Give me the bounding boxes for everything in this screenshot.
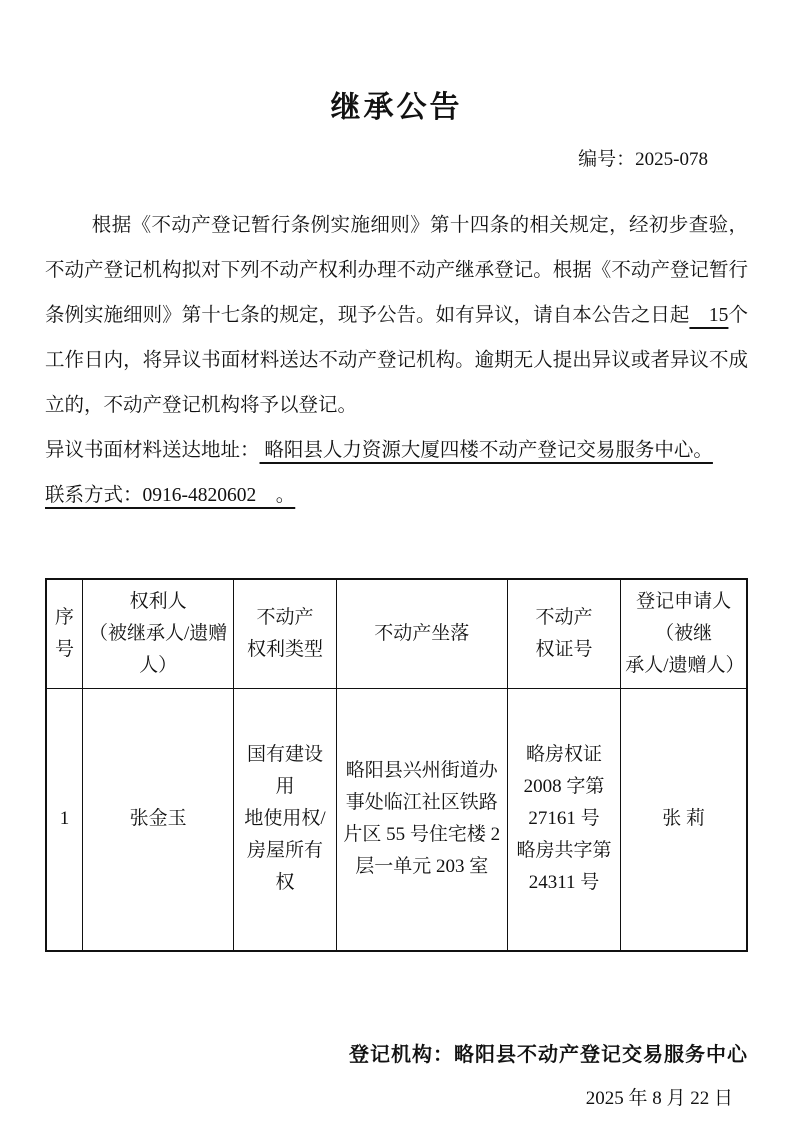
cell-location: 略阳县兴州街道办 事处临江社区铁路 片区 55 号住宅楼 2 层一单元 203 …	[336, 689, 507, 951]
doc-number: 编号：2025-078	[45, 144, 748, 171]
cell-right-holder: 张金玉	[82, 689, 233, 951]
announcement-date: 2025 年 8 月 22 日	[45, 1083, 748, 1110]
cell-cert-no: 略房权证 2008 字第 27161 号 略房共字第 24311 号	[507, 689, 621, 951]
registration-authority: 登记机构：略阳县不动产登记交易服务中心	[45, 1038, 748, 1067]
cell-applicant: 张 莉	[621, 689, 747, 951]
table-header-row: 序 号 权利人 （被继承人/遗赠 人） 不动产 权利类型 不动产坐落 不动产 权…	[46, 579, 747, 689]
cell-seq: 1	[46, 689, 82, 951]
address-value: 略阳县人力资源大厦四楼不动产登记交易服务中心。	[260, 440, 713, 461]
header-location: 不动产坐落	[336, 579, 507, 689]
address-label: 异议书面材料送达地址：	[45, 440, 260, 461]
cell-right-type: 国有建设用 地使用权/ 房屋所有权	[234, 689, 336, 951]
contact-value: 联系方式：0916-4820602 。	[45, 485, 295, 506]
body-paragraph: 根据《不动产登记暂行条例实施细则》第十四条的相关规定，经初步查验，不动产登记机构…	[45, 203, 748, 428]
objection-days-value: 15	[689, 305, 728, 326]
table-row: 1 张金玉 国有建设用 地使用权/ 房屋所有权 略阳县兴州街道办 事处临江社区铁…	[46, 689, 747, 951]
contact-line: 联系方式：0916-4820602 。	[45, 473, 748, 518]
address-line: 异议书面材料送达地址： 略阳县人力资源大厦四楼不动产登记交易服务中心。	[45, 428, 748, 473]
footer: 登记机构：略阳县不动产登记交易服务中心 2025 年 8 月 22 日	[45, 1038, 748, 1110]
header-right-holder: 权利人 （被继承人/遗赠 人）	[82, 579, 233, 689]
header-seq: 序 号	[46, 579, 82, 689]
announcement-page: 继承公告 编号：2025-078 根据《不动产登记暂行条例实施细则》第十四条的相…	[0, 0, 793, 1122]
header-right-type: 不动产 权利类型	[234, 579, 336, 689]
page-title: 继承公告	[45, 82, 748, 126]
body-text-part1: 根据《不动产登记暂行条例实施细则》第十四条的相关规定，经初步查验，不动产登记机构…	[45, 215, 748, 326]
property-registration-table: 序 号 权利人 （被继承人/遗赠 人） 不动产 权利类型 不动产坐落 不动产 权…	[45, 578, 748, 952]
header-cert-no: 不动产 权证号	[507, 579, 621, 689]
announcement-body: 根据《不动产登记暂行条例实施细则》第十四条的相关规定，经初步查验，不动产登记机构…	[45, 203, 748, 518]
header-applicant: 登记申请人（被继 承人/遗赠人）	[621, 579, 747, 689]
